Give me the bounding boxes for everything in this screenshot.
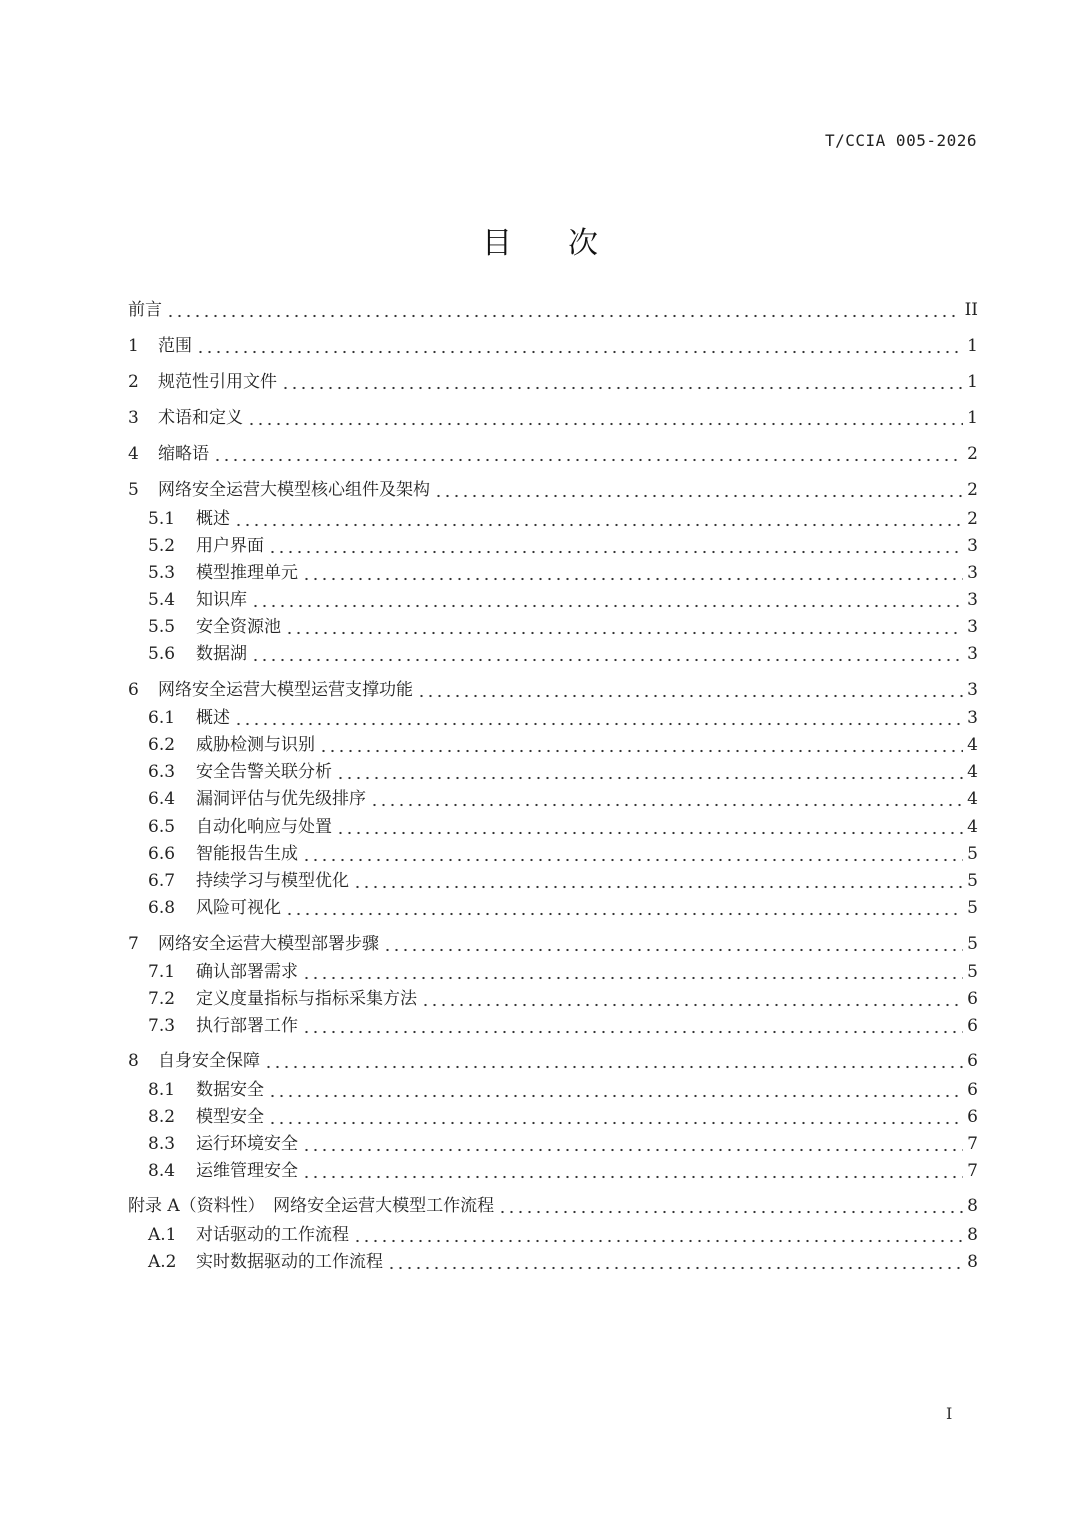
toc-entry-page: 8 [967,1223,978,1247]
dot-leader [268,1084,963,1098]
toc-entry-page: 7 [967,1132,978,1156]
toc-entry-number: 5.1 [148,507,196,531]
toc-entry-page: 4 [967,733,978,757]
toc-entry[interactable]: 3术语和定义1 [128,406,978,430]
toc-entry-page: 3 [967,534,978,558]
toc-entry-number: 7.1 [148,960,196,984]
dot-leader [302,848,963,862]
toc-entry-page: 2 [967,442,978,466]
toc-entry-number: 5.5 [148,615,196,639]
toc-entry-title: 范围 [158,334,192,358]
dot-leader [498,1200,963,1214]
toc-entry[interactable]: 8.1数据安全6 [148,1078,978,1102]
toc-entry-page: 6 [967,1078,978,1102]
toc-entry-number: 5.2 [148,534,196,558]
dot-leader [434,484,963,498]
toc-entry-page: 5 [967,842,978,866]
dot-leader [251,594,963,608]
dot-leader [268,540,963,554]
dot-leader [234,513,963,527]
toc-entry-title: 数据安全 [196,1078,264,1102]
title-char-2: 次 [568,218,598,262]
toc-entry[interactable]: 5.6数据湖3 [148,642,978,666]
page-title: 目次 [0,218,1080,262]
toc-entry-page: 4 [967,815,978,839]
dot-leader [234,712,963,726]
toc-entry[interactable]: 6.6智能报告生成5 [148,842,978,866]
dot-leader [196,340,963,354]
toc-entry-number: 6.2 [148,733,196,757]
toc-entry-page: 3 [967,561,978,585]
toc-entry-page: II [965,298,978,322]
toc-entry-title: 智能报告生成 [196,842,298,866]
toc-entry-title: 定义度量指标与指标采集方法 [196,987,417,1011]
toc-entry-title: 威胁检测与识别 [196,733,315,757]
toc-entry-number: 1 [128,334,158,358]
dot-leader [281,376,963,390]
toc-entry-number: 8 [128,1049,158,1073]
toc-entry-page: 1 [967,334,978,358]
toc-entry-number: A.1 [148,1223,196,1247]
toc-entry-title: 风险可视化 [196,896,281,920]
toc-entry[interactable]: 7.3执行部署工作6 [148,1014,978,1038]
toc-entry-page: 5 [967,932,978,956]
dot-leader [302,1138,963,1152]
toc-entry[interactable]: 6.7持续学习与模型优化5 [148,869,978,893]
dot-leader [353,1229,963,1243]
toc-entry-title: 网络安全运营大模型部署步骤 [158,932,379,956]
dot-leader [285,621,963,635]
toc-entry-title: 执行部署工作 [196,1014,298,1038]
toc-entry[interactable]: 5.5安全资源池3 [148,615,978,639]
toc-entry-number: 5.4 [148,588,196,612]
toc-entry-title: 用户界面 [196,534,264,558]
toc-entry[interactable]: 5.3模型推理单元3 [148,561,978,585]
toc-entry-number: 5.6 [148,642,196,666]
toc-entry-page: 8 [967,1250,978,1274]
toc-entry[interactable]: 8自身安全保障6 [128,1049,978,1073]
toc-entry[interactable]: 8.3运行环境安全7 [148,1132,978,1156]
toc-entry-number: 6.4 [148,787,196,811]
toc-entry[interactable]: 7.1确认部署需求5 [148,960,978,984]
toc-entry-page: 8 [967,1194,978,1218]
toc-entry[interactable]: 7.2定义度量指标与指标采集方法6 [148,987,978,1011]
toc-entry[interactable]: 2规范性引用文件1 [128,370,978,394]
toc-entry-page: 7 [967,1159,978,1183]
dot-leader [302,966,963,980]
dot-leader [336,821,963,835]
toc-entry-title: 自身安全保障 [158,1049,260,1073]
toc-entry-number: 4 [128,442,158,466]
toc-entry-title: 持续学习与模型优化 [196,869,349,893]
toc-entry[interactable]: 附录 A（资料性） 网络安全运营大模型工作流程8 [128,1194,978,1218]
toc-entry-title: 模型推理单元 [196,561,298,585]
toc-entry-number: 7 [128,932,158,956]
toc-entry-title: 知识库 [196,588,247,612]
toc-entry-title: 对话驱动的工作流程 [196,1223,349,1247]
dot-leader [370,793,963,807]
toc-entry-number: 6.6 [148,842,196,866]
dot-leader [247,412,963,426]
toc-entry-number: 6.3 [148,760,196,784]
toc-entry-page: 3 [967,642,978,666]
toc-entry-title: 概述 [196,706,230,730]
toc-entry[interactable]: 6.2威胁检测与识别4 [148,733,978,757]
toc-entry-number: 5 [128,478,158,502]
toc-entry[interactable]: 7网络安全运营大模型部署步骤5 [128,932,978,956]
toc-entry-title: 运维管理安全 [196,1159,298,1183]
toc-entry[interactable]: 6.5自动化响应与处置4 [148,815,978,839]
toc-entry[interactable]: 4缩略语2 [128,442,978,466]
dot-leader [264,1055,963,1069]
toc-entry-page: 3 [967,678,978,702]
toc-entry-number: 8.4 [148,1159,196,1183]
toc-entry-page: 4 [967,787,978,811]
toc-entry[interactable]: 6.1概述3 [148,706,978,730]
dot-leader [213,448,963,462]
toc-entry-page: 2 [967,478,978,502]
toc-entry-number: A.2 [148,1250,196,1274]
toc-entry[interactable]: A.2实时数据驱动的工作流程8 [148,1250,978,1274]
toc-entry[interactable]: 8.2模型安全6 [148,1105,978,1129]
toc-entry-number: 7.3 [148,1014,196,1038]
toc-entry[interactable]: 1范围1 [128,334,978,358]
toc-entry-number: 5.3 [148,561,196,585]
toc-entry[interactable]: 5.4知识库3 [148,588,978,612]
page-number: I [946,1404,952,1423]
toc-entry[interactable]: 6网络安全运营大模型运营支撑功能3 [128,678,978,702]
toc-entry-title: 网络安全运营大模型运营支撑功能 [158,678,413,702]
toc-entry-number: 6 [128,678,158,702]
toc-entry-page: 5 [967,960,978,984]
toc-entry-title: 安全告警关联分析 [196,760,332,784]
dot-leader [302,567,963,581]
toc-entry-number: 7.2 [148,987,196,1011]
toc-entry-number: 3 [128,406,158,430]
toc-entry-title: 漏洞评估与优先级排序 [196,787,366,811]
toc-entry-page: 6 [967,1014,978,1038]
toc-entry[interactable]: 6.4漏洞评估与优先级排序4 [148,787,978,811]
toc-entry-title: 前言 [128,298,162,322]
toc-entry[interactable]: A.1对话驱动的工作流程8 [148,1223,978,1247]
toc-entry-title: 网络安全运营大模型核心组件及架构 [158,478,430,502]
toc-entry-page: 3 [967,615,978,639]
toc-entry-page: 6 [967,987,978,1011]
toc-entry-page: 5 [967,896,978,920]
toc-entry-page: 6 [967,1049,978,1073]
dot-leader [336,766,963,780]
toc-entry-page: 6 [967,1105,978,1129]
toc-entry[interactable]: 5网络安全运营大模型核心组件及架构2 [128,478,978,502]
toc-entry-title: 规范性引用文件 [158,370,277,394]
toc-entry-number: 8.2 [148,1105,196,1129]
toc-entry-title: 数据湖 [196,642,247,666]
toc-entry-page: 1 [967,406,978,430]
toc-entry[interactable]: 6.3安全告警关联分析4 [148,760,978,784]
toc-entry-title: 自动化响应与处置 [196,815,332,839]
dot-leader [417,684,963,698]
toc-entry-number: 6.8 [148,896,196,920]
toc-entry-number: 8.3 [148,1132,196,1156]
toc-entry[interactable]: 5.1概述2 [148,507,978,531]
dot-leader [421,993,963,1007]
dot-leader [387,1256,963,1270]
toc-entry-title: 概述 [196,507,230,531]
toc-entry-title: 安全资源池 [196,615,281,639]
dot-leader [166,304,961,318]
toc-entry-number: 8.1 [148,1078,196,1102]
title-char-1: 目 [482,218,512,262]
toc-entry-number: 6.5 [148,815,196,839]
dot-leader [383,938,963,952]
toc-entry[interactable]: 前言II [128,298,978,322]
toc-entry-title: 术语和定义 [158,406,243,430]
document-code: T/CCIA 005-2026 [825,131,977,150]
toc-entry-page: 3 [967,706,978,730]
toc-entry-page: 3 [967,588,978,612]
dot-leader [319,739,963,753]
toc-entry-number: 2 [128,370,158,394]
toc-entry-title: 运行环境安全 [196,1132,298,1156]
toc-entry-title: 附录 A（资料性） 网络安全运营大模型工作流程 [128,1194,494,1218]
toc-entry[interactable]: 6.8风险可视化5 [148,896,978,920]
toc-entry-title: 模型安全 [196,1105,264,1129]
dot-leader [302,1020,963,1034]
dot-leader [353,875,963,889]
toc-entry-page: 1 [967,370,978,394]
toc-entry-number: 6.7 [148,869,196,893]
toc-entry-title: 实时数据驱动的工作流程 [196,1250,383,1274]
dot-leader [251,648,963,662]
toc-entry-page: 4 [967,760,978,784]
dot-leader [302,1165,963,1179]
toc-entry-page: 2 [967,507,978,531]
toc-entry-title: 确认部署需求 [196,960,298,984]
dot-leader [285,902,963,916]
toc-entry-title: 缩略语 [158,442,209,466]
toc-entry-number: 6.1 [148,706,196,730]
toc-entry[interactable]: 8.4运维管理安全7 [148,1159,978,1183]
dot-leader [268,1111,963,1125]
toc-entry[interactable]: 5.2用户界面3 [148,534,978,558]
toc-entry-page: 5 [967,869,978,893]
